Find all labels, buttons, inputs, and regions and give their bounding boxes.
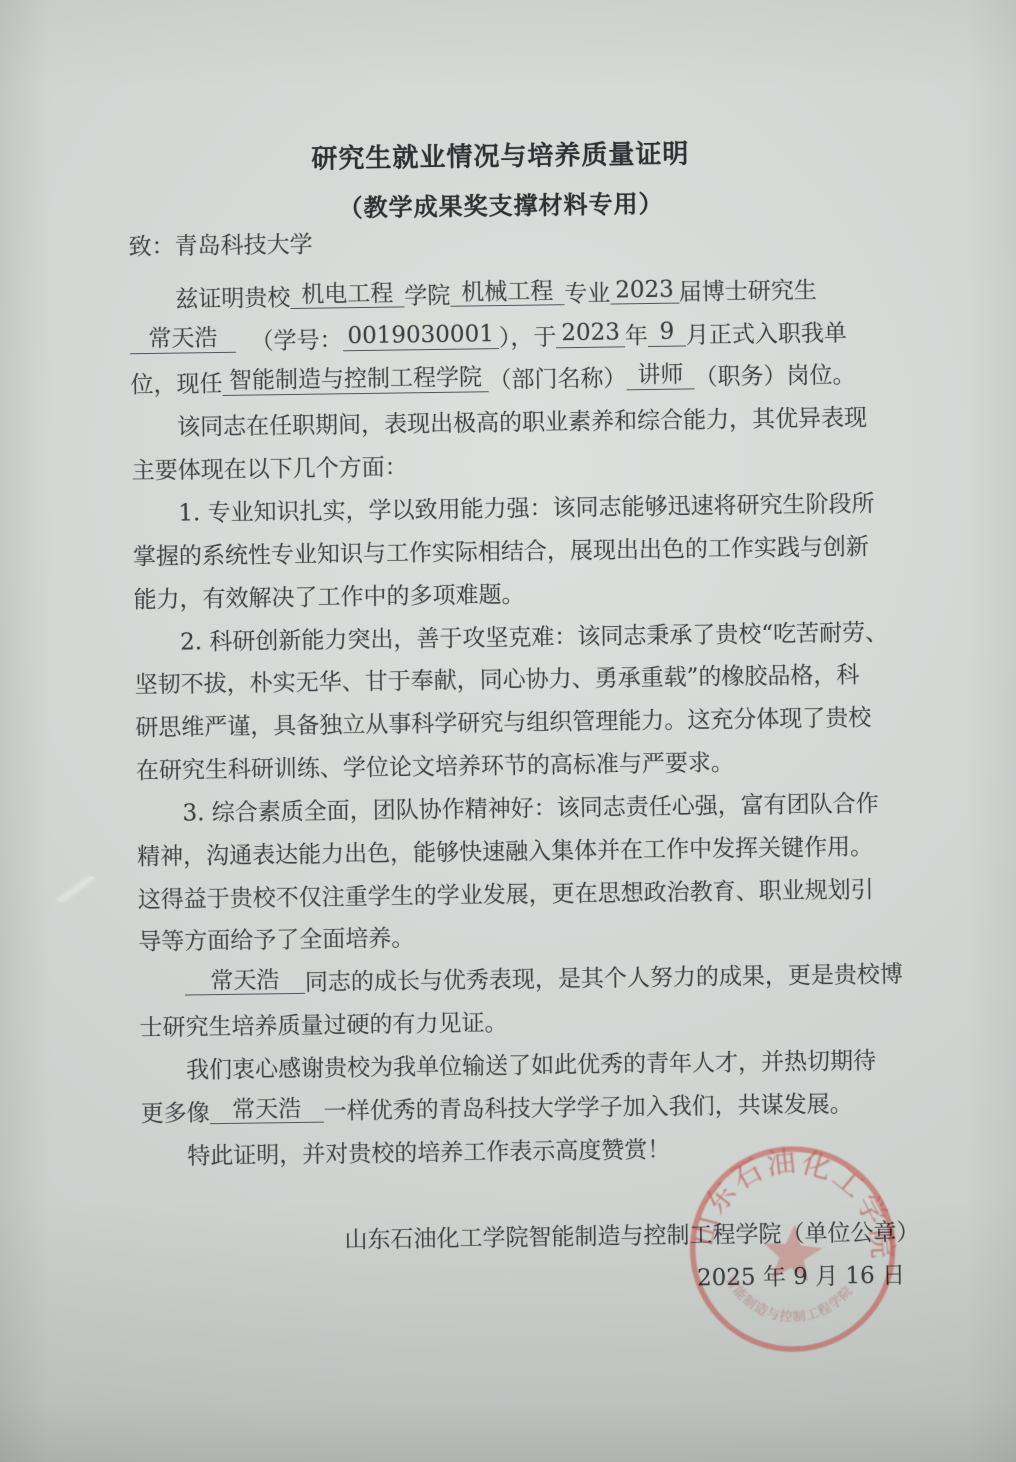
text-run: 士研究生培养质量过硬的有力见证。 bbox=[139, 1004, 507, 1042]
official-seal: 山东石油化工学院 智能制造与控制工程学院 bbox=[676, 1133, 909, 1366]
text-run: 1. 专业知识扎实，学以致用能力强：该同志能够迅速将研究生阶段所 bbox=[178, 485, 875, 528]
fill-in-field: 9 bbox=[648, 319, 686, 347]
text-run: 精神，沟通表达能力出色，能够快速融入集体并在工作中发挥关键作用。 bbox=[137, 828, 873, 871]
document-title: 研究生就业情况与培养质量证明 bbox=[0, 129, 1009, 180]
fill-in-field: 机电工程 bbox=[290, 280, 404, 309]
text-run: 3. 综合素质全面，团队协作精神好：该同志责任心强，富有团队合作 bbox=[182, 785, 879, 828]
text-run: （部门名称） bbox=[488, 360, 626, 395]
seal-inner-text: 智能制造与控制工程学院 bbox=[719, 1272, 858, 1331]
document-page: 研究生就业情况与培养质量证明 （教学成果奖支撑材料专用） 致：青岛科技大学兹证明… bbox=[0, 0, 1016, 1462]
text-run: 主要体现在以下几个方面： bbox=[131, 449, 407, 486]
text-run: 年 bbox=[625, 317, 648, 350]
text-run: 特此证明，并对贵校的培养工作表示高度赞赏！ bbox=[187, 1130, 670, 1170]
text-run: 我们衷心感谢贵校为我单位输送了如此优秀的青年人才，并热切期待 bbox=[186, 1042, 876, 1085]
text-run: 能力，有效解决了工作中的多项难题。 bbox=[133, 575, 524, 613]
text-run: 专业 bbox=[564, 274, 610, 308]
text-run: 这得益于贵校不仅注重学生的学业发展，更在思想政治教育、职业规划引 bbox=[137, 870, 873, 913]
fill-in-field: 2023 bbox=[610, 276, 679, 304]
fill-in-field: 讲师 bbox=[626, 362, 694, 390]
fill-in-field: 常天浩 bbox=[130, 325, 236, 354]
text-run: 导等方面给予了全面培养。 bbox=[138, 920, 414, 957]
text-run: ），于 bbox=[499, 318, 557, 352]
text-run: 一样优秀的青岛科技大学学子加入我们，共谋发展。 bbox=[323, 1085, 852, 1125]
text-run: 位，现任 bbox=[130, 365, 222, 399]
text-run: （职务）岗位。 bbox=[694, 357, 855, 392]
seal-star-icon bbox=[760, 1221, 824, 1282]
text-run: 2. 科研创新能力突出，善于攻坚克难：该同志秉承了贵校“吃苦耐劳、 bbox=[180, 613, 888, 656]
text-run: 致：青岛科技大学 bbox=[128, 226, 312, 262]
fill-in-field: 2023 bbox=[556, 320, 625, 348]
text-run: 在研究生科研训练、学位论文培养环节的高标准与严要求。 bbox=[136, 744, 734, 785]
fill-in-field: 常天浩 bbox=[209, 1095, 323, 1124]
fill-in-field: 0019030001 bbox=[342, 321, 499, 351]
fill-in-field: 机械工程 bbox=[450, 278, 564, 307]
text-run: 届博士研究生 bbox=[679, 271, 817, 306]
text-run: 掌握的系统性专业知识与工作实际相结合，展现出出色的工作实践与创新 bbox=[133, 528, 869, 571]
text-run: 研思维严谨，具备独立从事科学研究与组织管理能力。这充分体现了贵校 bbox=[135, 699, 871, 742]
fill-in-field: 智能制造与控制工程学院 bbox=[222, 364, 488, 395]
document-body: 致：青岛科技大学兹证明贵校机电工程学院机械工程专业2023届博士研究生常天浩 （… bbox=[0, 211, 1016, 1178]
text-run: 该同志在任职期间，表现出极高的职业素养和综合能力，其优异表现 bbox=[177, 399, 867, 442]
text-run: 同志的成长与优秀表现，是其个人努力的成果，更是贵校博 bbox=[305, 956, 903, 997]
text-run: 月正式入职我单 bbox=[686, 314, 847, 349]
text-run: （学号： bbox=[236, 321, 343, 355]
text-run: 学院 bbox=[404, 277, 450, 311]
text-run: 坚韧不拔，朴实无华、甘于奉献，同心协力、勇承重载”的橡胶品格，科 bbox=[134, 656, 859, 699]
text-run: 更多像 bbox=[140, 1094, 209, 1128]
fill-in-field: 常天浩 bbox=[185, 967, 305, 996]
text-run: 兹证明贵校 bbox=[175, 279, 290, 314]
